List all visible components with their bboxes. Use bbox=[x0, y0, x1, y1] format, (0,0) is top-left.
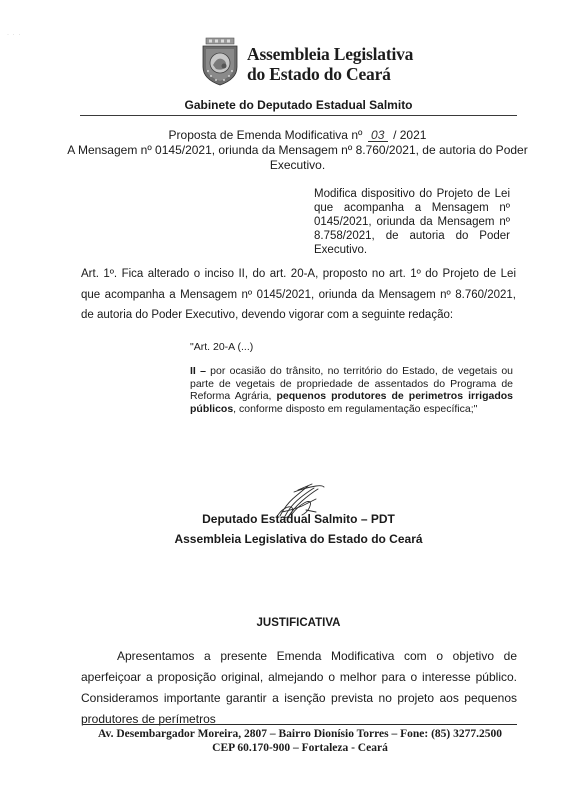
header-divider bbox=[80, 115, 517, 116]
document-title: Proposta de Emenda Modificativa nº 03 / … bbox=[60, 128, 535, 173]
cabinet-heading: Gabinete do Deputado Estadual Salmito bbox=[80, 98, 517, 112]
assembly-name-line2: do Estado do Ceará bbox=[247, 64, 413, 84]
scan-mark: · · · bbox=[7, 32, 21, 38]
footer-address-line1: Av. Desembargador Moreira, 2807 – Bairro… bbox=[60, 727, 540, 741]
justification-paragraph: Apresentamos a presente Emenda Modificat… bbox=[81, 646, 517, 730]
ementa: Modifica dispositivo do Projeto de Lei q… bbox=[314, 187, 510, 257]
state-coat-of-arms-icon bbox=[200, 37, 240, 87]
quoted-article-heading: "Art. 20-A (...) bbox=[190, 341, 253, 354]
assembly-name-line1: Assembleia Legislativa bbox=[247, 44, 413, 64]
footer-address: Av. Desembargador Moreira, 2807 – Bairro… bbox=[60, 727, 540, 755]
proposal-year: / 2021 bbox=[393, 128, 426, 142]
item-text-part2: , conforme disposto em regulamentação es… bbox=[233, 403, 477, 415]
justification-body: Apresentamos a presente Emenda Modificat… bbox=[81, 646, 517, 730]
justification-heading: JUSTIFICATIVA bbox=[80, 617, 517, 629]
signatory-organization: Assembleia Legislativa do Estado do Cear… bbox=[80, 532, 517, 547]
article-1: Art. 1º. Fica alterado o inciso II, do a… bbox=[81, 264, 516, 326]
quoted-item-ii: II – por ocasião do trânsito, no territó… bbox=[190, 365, 513, 415]
assembly-logo-text: Assembleia Legislativa do Estado do Cear… bbox=[247, 44, 413, 84]
emenda-number: 03 bbox=[368, 129, 388, 142]
footer-address-line2: CEP 60.170-900 – Fortaleza - Ceará bbox=[60, 741, 540, 755]
proposal-prefix: Proposta de Emenda Modificativa nº bbox=[169, 128, 363, 142]
item-label: II – bbox=[190, 365, 206, 377]
proposal-line: Proposta de Emenda Modificativa nº 03 / … bbox=[60, 128, 535, 143]
footer-divider bbox=[83, 724, 517, 725]
signatory-name: Deputado Estadual Salmito – PDT bbox=[80, 512, 517, 527]
message-reference: A Mensagem nº 0145/2021, oriunda da Mens… bbox=[60, 143, 535, 173]
